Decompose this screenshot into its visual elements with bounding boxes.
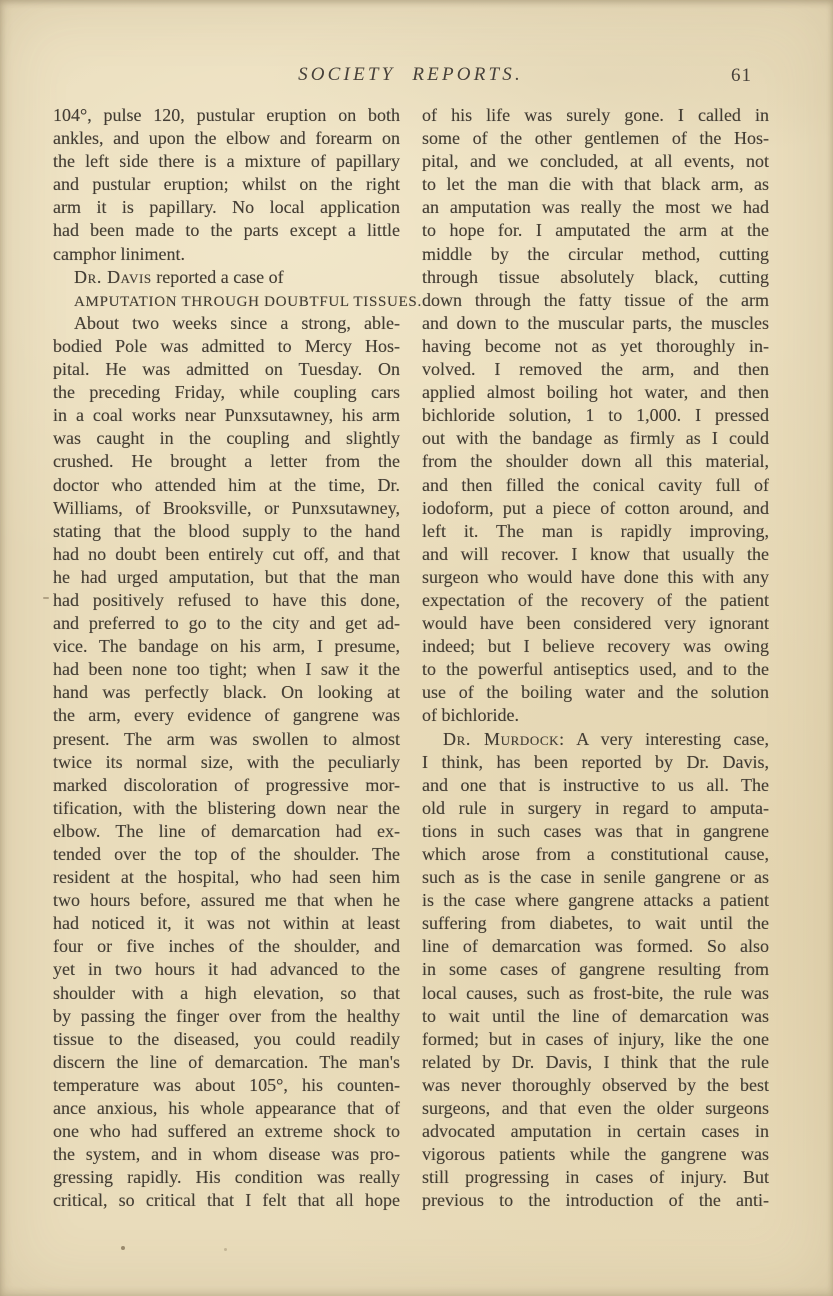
page-header: SOCIETY REPORTS. 61	[53, 64, 768, 90]
text-line: to hope for. I amputated the arm at the	[422, 219, 769, 242]
text-line: and will recover. I know that usually th…	[422, 543, 769, 566]
text-line: and pustular eruption; whilst on the rig…	[53, 173, 400, 196]
text-line: the arm, every evidence of gangrene was	[53, 704, 400, 727]
text-line: resident at the hospital, who had seen h…	[53, 866, 400, 889]
text-line: having become not as yet thoroughly in-	[422, 335, 769, 358]
text-line: About two weeks since a strong, able-	[53, 312, 400, 335]
text-line: and down to the muscular parts, the musc…	[422, 312, 769, 335]
text-line: use of the boiling water and the solutio…	[422, 681, 769, 704]
text-line: the system, and in whom disease was pro-	[53, 1143, 400, 1166]
text-line: such as is the case in senile gangrene o…	[422, 866, 769, 889]
text-line: and preferred to go to the city and get …	[53, 612, 400, 635]
text-line: advocated amputation in certain cases in	[422, 1120, 769, 1143]
text-line: an amputation was really the most we had	[422, 196, 769, 219]
text-line: present. The arm was swollen to almost	[53, 728, 400, 751]
text-line: in a coal works near Punxsutawney, his a…	[53, 404, 400, 427]
ink-speck	[121, 1246, 125, 1250]
ink-speck	[224, 1248, 227, 1251]
text-line: twice its normal size, with the peculiar…	[53, 751, 400, 774]
text-line: middle by the circular method, cutting	[422, 243, 769, 266]
text-line: to the powerful antiseptics used, and to…	[422, 658, 769, 681]
text-line: previous to the introduction of the anti…	[422, 1189, 769, 1212]
text-line: formed; but in cases of injury, like the…	[422, 1028, 769, 1051]
text-line: still progressing in cases of injury. Bu…	[422, 1166, 769, 1189]
text-line: had been made to the parts except a litt…	[53, 219, 400, 242]
text-line: critical, so critical that I felt that a…	[53, 1189, 400, 1212]
text-line: hand was perfectly black. On looking at	[53, 681, 400, 704]
text-line: marked discoloration of progressive mor-	[53, 774, 400, 797]
text-line: and one that is instructive to us all. T…	[422, 774, 769, 797]
text-line: had been none too tight; when I saw it t…	[53, 658, 400, 681]
text-line: surgeon who would have done this with an…	[422, 566, 769, 589]
text-line: related by Dr. Davis, I think that the r…	[422, 1051, 769, 1074]
text-line: in some cases of gangrene resulting from	[422, 958, 769, 981]
text-line: stating that the blood supply to the han…	[53, 520, 400, 543]
text-line: vice. The bandage on his arm, I presume,	[53, 635, 400, 658]
text-line: bodied Pole was admitted to Mercy Hos-	[53, 335, 400, 358]
text-line: to let the man die with that black arm, …	[422, 173, 769, 196]
text-line: gressing rapidly. His condition was real…	[53, 1166, 400, 1189]
text-line: down through the fatty tissue of the arm	[422, 289, 769, 312]
page-title: SOCIETY REPORTS.	[53, 64, 768, 86]
text-line: four or five inches of the shoulder, and	[53, 935, 400, 958]
text-line: Dr. Murdock: A very interesting case,	[422, 728, 769, 751]
text-line: bichloride solution, 1 to 1,000. I press…	[422, 404, 769, 427]
text-line: had no doubt been entirely cut off, and …	[53, 543, 400, 566]
text-line: by passing the finger over from the heal…	[53, 1005, 400, 1028]
text-line: temperature was about 105°, his counten-	[53, 1074, 400, 1097]
book-page-scan: SOCIETY REPORTS. 61 104°, pulse 120, pus…	[0, 0, 833, 1296]
text-line: applied almost boiling hot water, and th…	[422, 381, 769, 404]
text-line: the left side there is a mixture of papi…	[53, 150, 400, 173]
text-line: had noticed it, it was not within at lea…	[53, 912, 400, 935]
text-line: local causes, such as frost-bite, the ru…	[422, 982, 769, 1005]
text-line: left it. The man is rapidly improving,	[422, 520, 769, 543]
text-line: tissue to the diseased, you could readil…	[53, 1028, 400, 1051]
text-line: surgeons, and that even the older surgeo…	[422, 1097, 769, 1120]
speaker-name: Dr. Murdock:	[443, 729, 565, 749]
text-line: indeed; but I believe recovery was owing	[422, 635, 769, 658]
text-line: of his life was surely gone. I called in	[422, 104, 769, 127]
text-line: old rule in surgery in regard to amputa-	[422, 797, 769, 820]
text-line: pital. He was admitted on Tuesday. On	[53, 358, 400, 381]
text-line: and then filled the conical cavity full …	[422, 474, 769, 497]
text-line: he had urged amputation, but that the ma…	[53, 566, 400, 589]
text-line: discern the line of demarcation. The man…	[53, 1051, 400, 1074]
text-line: 104°, pulse 120, pustular eruption on bo…	[53, 104, 400, 127]
text-line: crushed. He brought a letter from the	[53, 450, 400, 473]
text-line: tification, with the blistering down nea…	[53, 797, 400, 820]
text-line: out with the bandage as firmly as I coul…	[422, 427, 769, 450]
text-line: iodoform, put a piece of cotton around, …	[422, 497, 769, 520]
text-line: is the case where gangrene attacks a pat…	[422, 889, 769, 912]
text-line: expectation of the recovery of the patie…	[422, 589, 769, 612]
text-line: would have been considered very ignorant	[422, 612, 769, 635]
text-line: to wait until the line of demarcation wa…	[422, 1005, 769, 1028]
text-line: arm it is papillary. No local applicatio…	[53, 196, 400, 219]
text-line: the preceding Friday, while coupling car…	[53, 381, 400, 404]
section-heading: AMPUTATION THROUGH DOUBTFUL TISSUES.	[53, 289, 400, 312]
text-line: ance anxious, his whole appearance that …	[53, 1097, 400, 1120]
text-column-left: 104°, pulse 120, pustular eruption on bo…	[53, 104, 400, 1213]
page-number: 61	[731, 65, 752, 87]
text-line: Williams, of Brooksville, or Punxsutawne…	[53, 497, 400, 520]
text-line: camphor liniment.	[53, 243, 400, 266]
text-column-right: of his life was surely gone. I called in…	[422, 104, 769, 1213]
speaker-name: Dr. Davis	[74, 267, 152, 287]
text-line: some of the other gentlemen of the Hos-	[422, 127, 769, 150]
text-line: suffering from diabetes, to wait until t…	[422, 912, 769, 935]
text-line: line of demarcation was formed. So also	[422, 935, 769, 958]
text-line: pital, and we concluded, at all events, …	[422, 150, 769, 173]
text-line: was caught in the coupling and slightly	[53, 427, 400, 450]
text-line: from the shoulder down all this material…	[422, 450, 769, 473]
text-line: tions in such cases was that in gangrene	[422, 820, 769, 843]
text-line: Dr. Davis reported a case of	[53, 266, 400, 289]
ink-speck	[43, 597, 49, 599]
text-line: ankles, and upon the elbow and forearm o…	[53, 127, 400, 150]
text-line: tended over the top of the shoulder. The	[53, 843, 400, 866]
text-line: was never thoroughly observed by the bes…	[422, 1074, 769, 1097]
text-line: vigorous patients while the gangrene was	[422, 1143, 769, 1166]
text-line: had positively refused to have this done…	[53, 589, 400, 612]
text-line: one who had suffered an extreme shock to	[53, 1120, 400, 1143]
text-line: elbow. The line of demarcation had ex-	[53, 820, 400, 843]
text-line: which arose from a constitutional cause,	[422, 843, 769, 866]
text-line: two hours before, assured me that when h…	[53, 889, 400, 912]
text-line: volved. I removed the arm, and then	[422, 358, 769, 381]
text-line: through tissue absolutely black, cutting	[422, 266, 769, 289]
text-line: of bichloride.	[422, 704, 769, 727]
text-line: shoulder with a high elevation, so that	[53, 982, 400, 1005]
text-line: doctor who attended him at the time, Dr.	[53, 474, 400, 497]
text-line: I think, has been reported by Dr. Davis,	[422, 751, 769, 774]
text-line: yet in two hours it had advanced to the	[53, 958, 400, 981]
